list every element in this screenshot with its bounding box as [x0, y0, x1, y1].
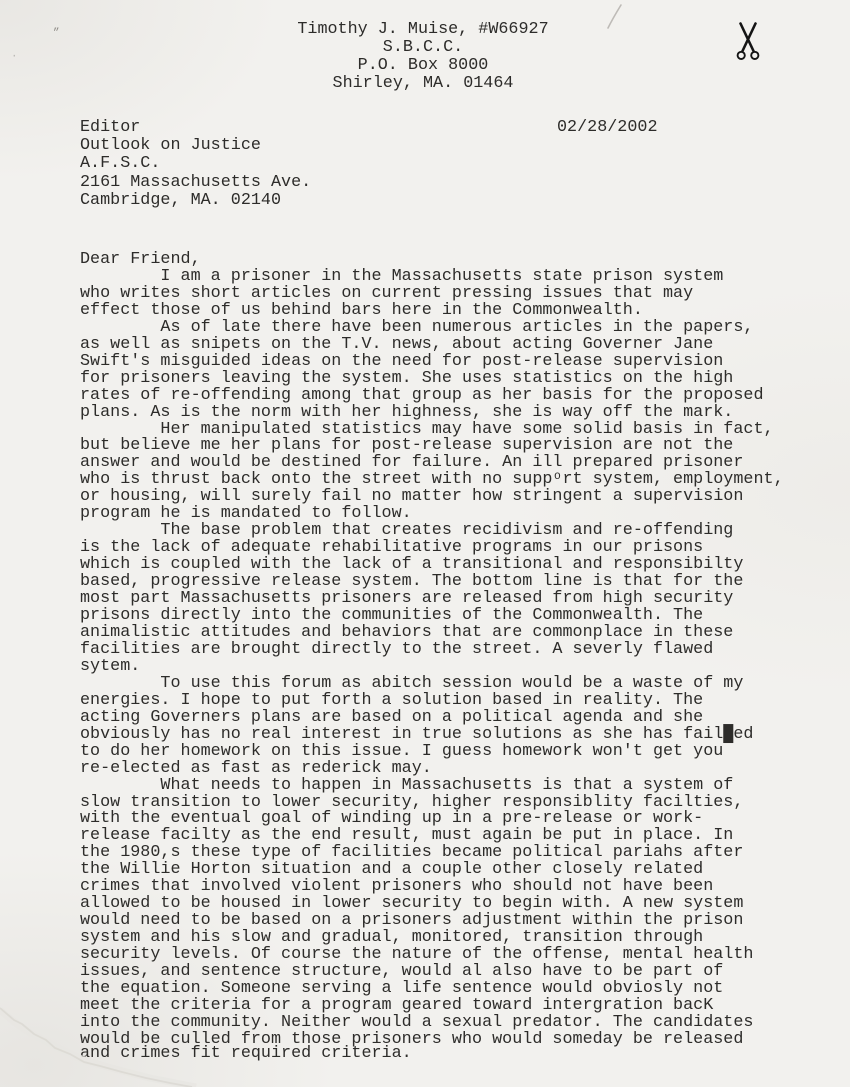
recipient-line: Cambridge, MA. 02140 — [80, 192, 311, 210]
letter-line: plans. As is the norm with her highness,… — [80, 405, 820, 422]
sender-line: Shirley, MA. 01464 — [0, 75, 846, 93]
letter-line: facilities are brought directly to the s… — [80, 642, 820, 659]
body-lines: I am a prisoner in the Massachusetts sta… — [80, 269, 820, 1063]
sender-line: S.B.C.C. — [0, 39, 846, 57]
paper-crease-mark — [0, 1000, 200, 1087]
sender-line: P.O. Box 8000 — [0, 57, 846, 75]
recipient-line: Outlook on Justice — [80, 137, 311, 155]
sender-address-block: Timothy J. Muise, #W66927S.B.C.C.P.O. Bo… — [0, 21, 846, 93]
letter-line: What needs to happen in Massachusetts is… — [80, 778, 820, 795]
letter-date: 02/28/2002 — [557, 119, 658, 137]
sender-line: Timothy J. Muise, #W66927 — [0, 21, 846, 39]
recipient-line: Editor — [80, 119, 311, 137]
letter-line: re-elected as fast as rederick may. — [80, 761, 820, 778]
recipient-address-block: EditorOutlook on JusticeA.F.S.C.2161 Mas… — [80, 119, 311, 210]
letter-page: „ · Timothy J. Muise, #W66927S.B.C.C.P.O… — [0, 0, 850, 1087]
recipient-line: 2161 Massachusetts Ave. — [80, 174, 311, 192]
letter-body: Dear Friend, I am a prisoner in the Mass… — [80, 252, 820, 1063]
recipient-line: A.F.S.C. — [80, 155, 311, 173]
